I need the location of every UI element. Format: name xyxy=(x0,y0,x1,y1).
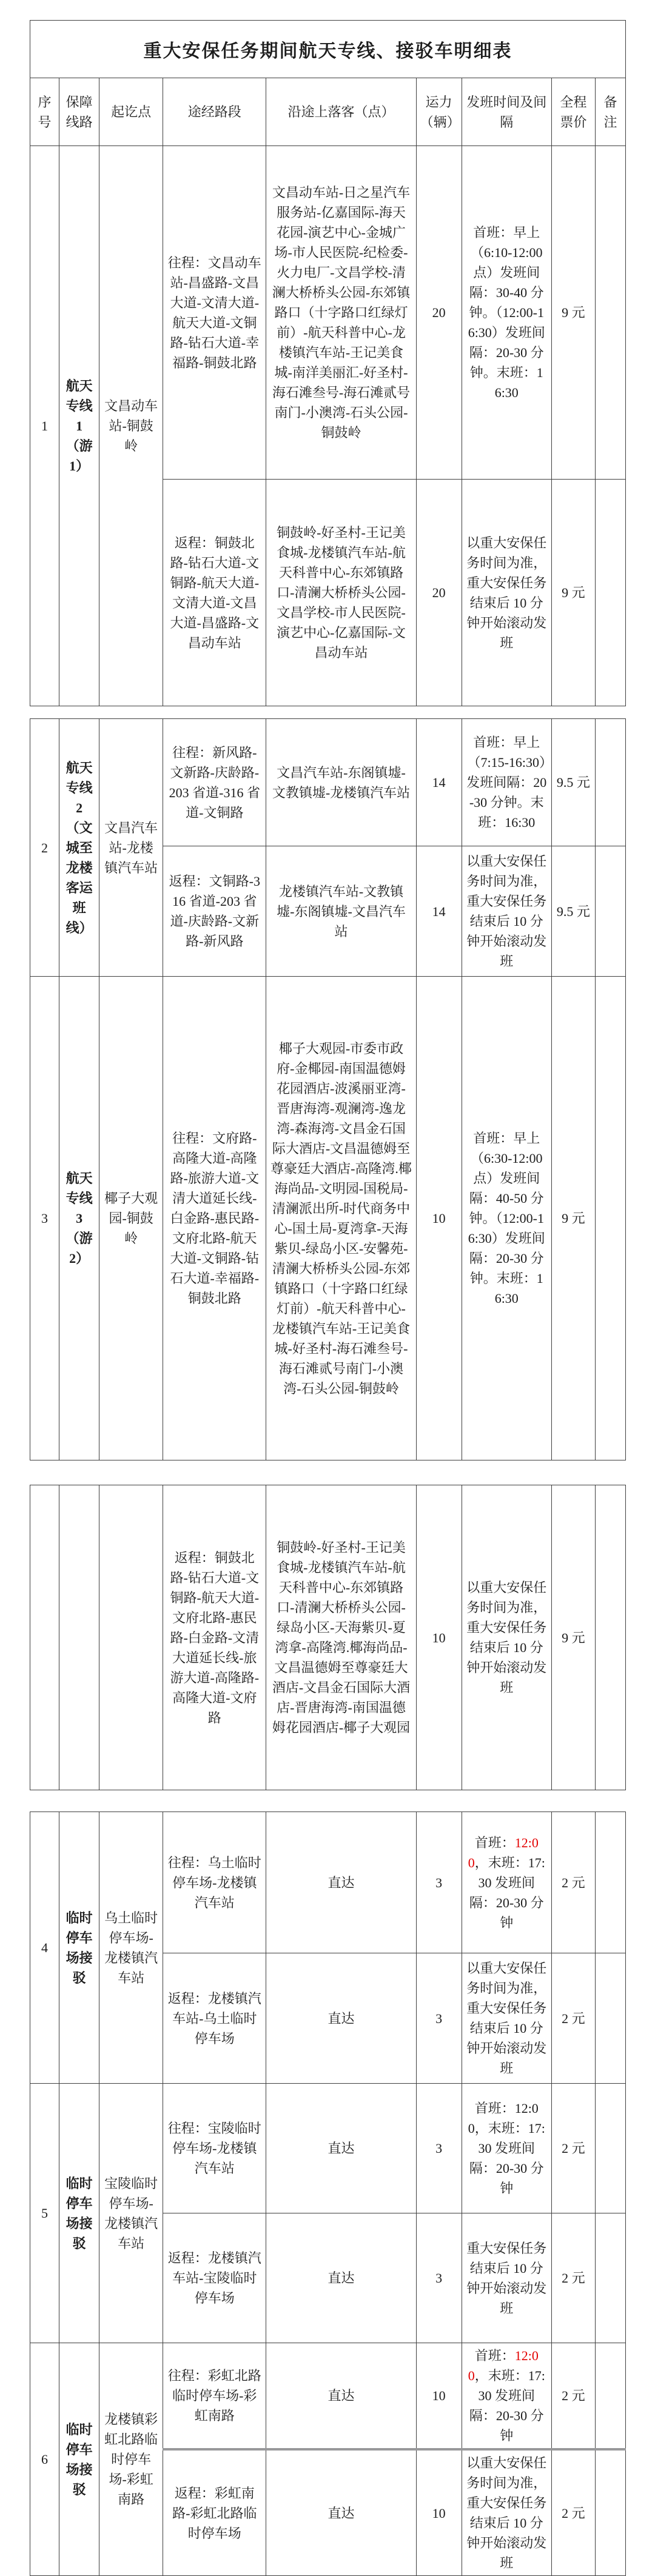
capacity-cell: 3 xyxy=(416,2084,462,2213)
line-name-cell: 临时停车场接驳 xyxy=(59,2343,99,2576)
line-name-cell: 航天专线3（游2） xyxy=(59,977,99,1460)
stops-cell: 直达 xyxy=(266,2213,416,2343)
note-cell xyxy=(595,146,625,480)
serial-cell: 5 xyxy=(30,2084,59,2343)
stops-cell: 铜鼓岭-好圣村-王记美食城-龙楼镇汽车站-航天科普中心-东郊镇路口-清澜大桥桥头… xyxy=(266,1485,416,1790)
table-row-shuttle4-outbound: 4 临时停车场接驳 乌土临时停车场-龙楼镇汽车站 往程：乌土临时停车场-龙楼镇汽… xyxy=(30,1812,626,1953)
col-header-route: 途经路段 xyxy=(163,78,266,146)
schedule-cell: 首班：12:00，末班：17:30 发班间隔：20-30 分钟 xyxy=(462,2084,551,2213)
route-cell: 往程：彩虹北路临时停车场-彩虹南路 xyxy=(163,2343,266,2450)
route-cell: 往程：新风路-文新路-庆龄路-203 省道-316 省道-文铜路 xyxy=(163,719,266,846)
endpoints-cell-empty xyxy=(99,1485,163,1790)
note-cell xyxy=(595,719,625,846)
serial-cell-empty xyxy=(30,1485,59,1790)
note-cell xyxy=(595,2213,625,2343)
page-title: 重大安保任务期间航天专线、接驳车明细表 xyxy=(30,20,626,78)
route-cell: 返程：彩虹南路-彩虹北路临时停车场 xyxy=(163,2449,266,2576)
schedule-cell: 首班：12:00，末班：17:30 发班间隔：20-30 分钟 xyxy=(462,1812,551,1953)
route-cell: 返程：铜鼓北路-钻石大道-文铜路-航天大道-文清大道-文昌大道-昌盛路-文昌动车… xyxy=(163,480,266,706)
capacity-cell: 10 xyxy=(416,1485,462,1790)
note-cell xyxy=(595,2343,625,2450)
route-cell: 往程：文府路-高隆大道-高隆路-旅游大道-文清大道延长线-白金路-惠民路-文府北… xyxy=(163,977,266,1460)
table-row-shuttle5-outbound: 5 临时停车场接驳 宝陵临时停车场-龙楼镇汽车站 往程：宝陵临时停车场-龙楼镇汽… xyxy=(30,2084,626,2213)
schedule-cell: 首班：早上（6:10-12:00 点）发班间隔：30-40 分钟。（12:00-… xyxy=(462,146,551,480)
capacity-cell: 3 xyxy=(416,1812,462,1953)
capacity-cell: 20 xyxy=(416,146,462,480)
serial-cell: 3 xyxy=(30,977,59,1460)
document-page: 重大安保任务期间航天专线、接驳车明细表 序号 保障线路 起讫点 途经路段 沿途上… xyxy=(30,20,626,2576)
col-header-endpoints: 起讫点 xyxy=(99,78,163,146)
line-name-cell: 临时停车场接驳 xyxy=(59,1812,99,2084)
capacity-cell: 20 xyxy=(416,480,462,706)
note-cell xyxy=(595,1812,625,1953)
stops-cell: 直达 xyxy=(266,2084,416,2213)
fare-cell: 9 元 xyxy=(551,1485,595,1790)
table-row-route3-outbound: 3 航天专线3（游2） 椰子大观园-铜鼓岭 往程：文府路-高隆大道-高隆路-旅游… xyxy=(30,977,626,1460)
fare-cell: 9.5 元 xyxy=(551,719,595,846)
schedule-cell: 以重大安保任务时间为准，重大安保任务结束后 10 分钟开始滚动发班 xyxy=(462,1953,551,2084)
fare-cell: 2 元 xyxy=(551,2449,595,2576)
table-block-3: 返程：铜鼓北路-钻石大道-文铜路-航天大道-文府北路-惠民路-白金路-文清大道延… xyxy=(30,1485,626,1790)
schedule-cell: 首班：早上（7:15-16:30）发班间隔：20-30 分钟。末班：16:30 xyxy=(462,719,551,846)
schedule-cell: 以重大安保任务时间为准，重大安保任务结束后 10 分钟开始滚动发班 xyxy=(462,480,551,706)
note-cell xyxy=(595,480,625,706)
route-cell: 返程：龙楼镇汽车站-乌土临时停车场 xyxy=(163,1953,266,2084)
route-cell: 往程：文昌动车站-昌盛路-文昌大道-文清大道-航天大道-文铜路-钻石大道-幸福路… xyxy=(163,146,266,480)
col-header-fare: 全程票价 xyxy=(551,78,595,146)
schedule-cell: 以重大安保任务时间为准，重大安保任务结束后 10 分钟开始滚动发班 xyxy=(462,2449,551,2576)
col-header-serial: 序号 xyxy=(30,78,59,146)
endpoints-cell: 宝陵临时停车场-龙楼镇汽车站 xyxy=(99,2084,163,2343)
fare-cell: 2 元 xyxy=(551,1953,595,2084)
capacity-cell: 3 xyxy=(416,1953,462,2084)
line-name-cell: 临时停车场接驳 xyxy=(59,2084,99,2343)
capacity-cell: 10 xyxy=(416,2343,462,2450)
endpoints-cell: 乌土临时停车场-龙楼镇汽车站 xyxy=(99,1812,163,2084)
capacity-cell: 14 xyxy=(416,846,462,977)
table-row-route3-return: 返程：铜鼓北路-钻石大道-文铜路-航天大道-文府北路-惠民路-白金路-文清大道延… xyxy=(30,1485,626,1790)
route-cell: 返程：文铜路-316 省道-203 省道-庆龄路-文新路-新风路 xyxy=(163,846,266,977)
schedule-cell: 首班：12:00，末班：17:30 发班间隔：20-30 分钟 xyxy=(462,2343,551,2450)
stops-cell: 直达 xyxy=(266,2343,416,2450)
col-header-schedule: 发班时间及间隔 xyxy=(462,78,551,146)
route-cell: 返程：铜鼓北路-钻石大道-文铜路-航天大道-文府北路-惠民路-白金路-文清大道延… xyxy=(163,1485,266,1790)
stops-cell: 直达 xyxy=(266,1953,416,2084)
fare-cell: 9.5 元 xyxy=(551,846,595,977)
serial-cell: 6 xyxy=(30,2343,59,2576)
note-cell xyxy=(595,2449,625,2576)
endpoints-cell: 龙楼镇彩虹北路临时停车场-彩虹南路 xyxy=(99,2343,163,2576)
fare-cell: 2 元 xyxy=(551,2213,595,2343)
stops-cell: 文昌汽车站-东阁镇墟-文教镇墟-龙楼镇汽车站 xyxy=(266,719,416,846)
capacity-cell: 10 xyxy=(416,977,462,1460)
fare-cell: 9 元 xyxy=(551,977,595,1460)
table-block-2: 2 航天专线2（文城至龙楼客运班线） 文昌汽车站-龙楼镇汽车站 往程：新风路-文… xyxy=(30,718,626,1460)
fare-cell: 9 元 xyxy=(551,146,595,480)
schedule-cell: 重大安保任务结束后 10 分钟开始滚动发班 xyxy=(462,2213,551,2343)
line-name-cell: 航天专线2（文城至龙楼客运班线） xyxy=(59,719,99,977)
capacity-cell: 10 xyxy=(416,2449,462,2576)
note-cell xyxy=(595,846,625,977)
line-name-cell-empty xyxy=(59,1485,99,1790)
line-name-cell: 航天专线1（游1） xyxy=(59,146,99,706)
route-cell: 返程：龙楼镇汽车站-宝陵临时停车场 xyxy=(163,2213,266,2343)
endpoints-cell: 文昌动车站-铜鼓岭 xyxy=(99,146,163,706)
note-cell xyxy=(595,977,625,1460)
fare-cell: 2 元 xyxy=(551,1812,595,1953)
route-cell: 往程：宝陵临时停车场-龙楼镇汽车站 xyxy=(163,2084,266,2213)
serial-cell: 2 xyxy=(30,719,59,977)
stops-cell: 直达 xyxy=(266,1812,416,1953)
header-row: 序号 保障线路 起讫点 途经路段 沿途上落客（点） 运力（辆） 发班时间及间隔 … xyxy=(30,78,626,146)
endpoints-cell: 文昌汽车站-龙楼镇汽车站 xyxy=(99,719,163,977)
stops-cell: 文昌动车站-日之星汽车服务站-亿嘉国际-海天花园-演艺中心-金城广场-市人民医院… xyxy=(266,146,416,480)
capacity-cell: 14 xyxy=(416,719,462,846)
col-header-stops: 沿途上落客（点） xyxy=(266,78,416,146)
col-header-line: 保障线路 xyxy=(59,78,99,146)
table-block-1: 序号 保障线路 起讫点 途经路段 沿途上落客（点） 运力（辆） 发班时间及间隔 … xyxy=(30,78,626,706)
table-block-4: 4 临时停车场接驳 乌土临时停车场-龙楼镇汽车站 往程：乌土临时停车场-龙楼镇汽… xyxy=(30,1812,626,2576)
serial-cell: 1 xyxy=(30,146,59,706)
note-cell xyxy=(595,1953,625,2084)
stops-cell: 龙楼镇汽车站-文教镇墟-东阁镇墟-文昌汽车站 xyxy=(266,846,416,977)
table-row-shuttle6-outbound: 6 临时停车场接驳 龙楼镇彩虹北路临时停车场-彩虹南路 往程：彩虹北路临时停车场… xyxy=(30,2343,626,2450)
stops-cell: 椰子大观园-市委市政府-金椰园-南国温德姆花园酒店-波溪丽亚湾-晋唐海湾-观澜湾… xyxy=(266,977,416,1460)
note-cell xyxy=(595,1485,625,1790)
endpoints-cell: 椰子大观园-铜鼓岭 xyxy=(99,977,163,1460)
route-cell: 往程：乌土临时停车场-龙楼镇汽车站 xyxy=(163,1812,266,1953)
stops-cell: 铜鼓岭-好圣村-王记美食城-龙楼镇汽车站-航天科普中心-东郊镇路口-清澜大桥桥头… xyxy=(266,480,416,706)
note-cell xyxy=(595,2084,625,2213)
fare-cell: 2 元 xyxy=(551,2084,595,2213)
col-header-capacity: 运力（辆） xyxy=(416,78,462,146)
table-row-route2-outbound: 2 航天专线2（文城至龙楼客运班线） 文昌汽车站-龙楼镇汽车站 往程：新风路-文… xyxy=(30,719,626,846)
fare-cell: 9 元 xyxy=(551,480,595,706)
schedule-cell: 以重大安保任务时间为准，重大安保任务结束后 10 分钟开始滚动发班 xyxy=(462,846,551,977)
schedule-cell: 首班：早上（6:30-12:00 点）发班间隔：40-50 分钟。（12:00-… xyxy=(462,977,551,1460)
table-row-route1-outbound: 1 航天专线1（游1） 文昌动车站-铜鼓岭 往程：文昌动车站-昌盛路-文昌大道-… xyxy=(30,146,626,480)
schedule-cell: 以重大安保任务时间为准，重大安保任务结束后 10 分钟开始滚动发班 xyxy=(462,1485,551,1790)
capacity-cell: 3 xyxy=(416,2213,462,2343)
serial-cell: 4 xyxy=(30,1812,59,2084)
stops-cell: 直达 xyxy=(266,2449,416,2576)
fare-cell: 2 元 xyxy=(551,2343,595,2450)
col-header-note: 备注 xyxy=(595,78,625,146)
